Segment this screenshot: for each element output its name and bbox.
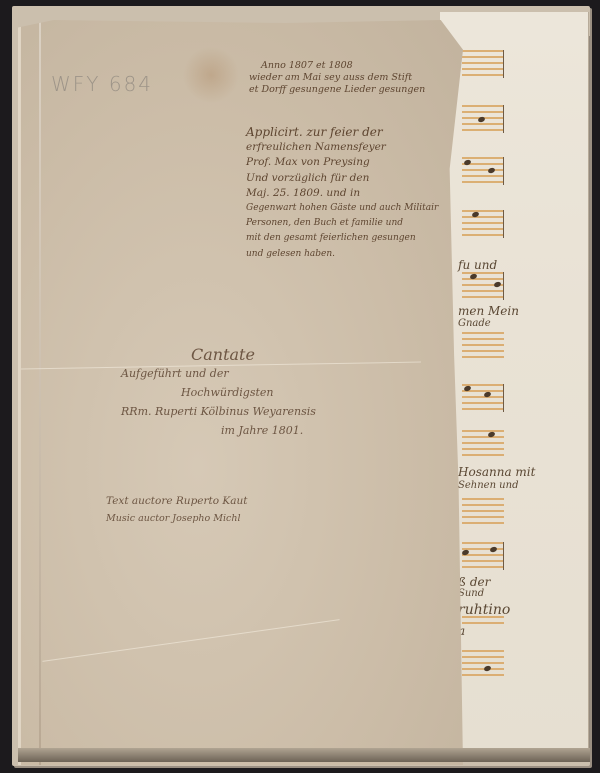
cantata-title: Cantate (121, 345, 316, 364)
score-text: Sund (458, 588, 484, 599)
title-block: Cantate Aufgeführt und der Hochwürdigste… (121, 345, 316, 440)
score-text: Hosanna mit (458, 465, 535, 479)
score-text: Gnade (458, 318, 491, 329)
score-text: Sehnen und (458, 480, 518, 491)
music-staff (462, 50, 504, 80)
music-staff (462, 332, 504, 362)
music-staff (462, 210, 504, 240)
paper-crease (42, 619, 339, 662)
bottom-edge (18, 748, 590, 762)
music-staff (462, 650, 504, 680)
music-staff (462, 616, 504, 628)
note-top: Anno 1807 et 1808 wieder am Mai sey auss… (249, 60, 425, 96)
music-staff (462, 430, 504, 460)
music-staff (462, 498, 504, 528)
score-text: fu und (458, 258, 497, 272)
cover-fold (39, 20, 41, 765)
score-text: men Mein (458, 304, 519, 318)
music-author: Music auctor Josepho Michl (106, 510, 247, 527)
score-sheet: fu und men Mein Gnade Hosanna mit Sehnen… (440, 12, 589, 762)
score-text: ß der (458, 575, 490, 589)
cover-page: WFY 684 Anno 1807 et 1808 wieder am Mai … (18, 20, 463, 765)
authors-block: Text auctore Ruperto Kaut Music auctor J… (106, 493, 247, 527)
shelfmark: WFY 684 (51, 72, 153, 96)
text-author: Text auctore Ruperto Kaut (106, 493, 247, 510)
music-staff (462, 542, 504, 572)
note-applicirt: Applicirt. zur feier der erfreulichen Na… (246, 125, 438, 262)
